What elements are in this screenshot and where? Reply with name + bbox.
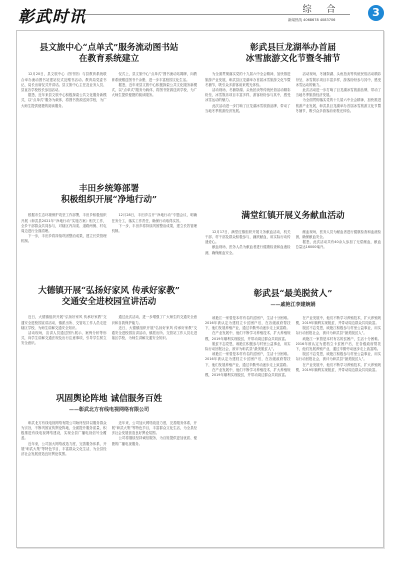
headline: 彰武县巨龙湖举办首届 冰雪旅游文化节暨冬捕节 bbox=[205, 43, 381, 64]
article-body: 彰武北方有线电视网络有限公司始终坚持以服务群众为宗旨，不断巩固宣传舆论阵地，全面… bbox=[21, 421, 197, 533]
paragraph: 近日，大德镇组织开展“弘扬好家风 传承好家教”交通安全进校园宣讲活动，镇派出所、… bbox=[21, 315, 107, 331]
body-column: 12月28日，丰田乡召开“净地行动”专题会议，明确任务分工，落实工作责任，确保行… bbox=[112, 213, 198, 275]
paragraph: 在产业发展中，他们不断学习养殖技术，扩大养殖规模，2019年顺利实现脱贫，并带动… bbox=[205, 331, 291, 341]
paragraph: 在产业发展中，他们不断学习养殖技术，扩大养殖规模，2019年顺利实现脱贫，并带动… bbox=[296, 363, 382, 373]
paragraph: 仪式上，县文旅中心“点单式”图书流动站揭牌，向教育系统赠送图书千余册，进一步丰富… bbox=[112, 72, 198, 82]
paragraph: 12月17日，满堂红镇组织开展义务献血活动，机关干部、村干部及群众积极参与，踊跃… bbox=[205, 230, 291, 246]
article-poverty-relief[interactable]: 彰武县“最美脱贫人” ——戚艳江李建婉娟 戚艳江一家曾是本村有名的贫困户，生活十… bbox=[205, 289, 381, 544]
paragraph: 通过此次活动，进一步增强了广大师生的交通安全意识和自我保护能力。 bbox=[112, 315, 198, 325]
article-body: 戚艳江一家曾是本村有名的贫困户，生活十分困难。2016年被认定为建档立卡贫困户后… bbox=[205, 316, 381, 541]
headline: 彰武县“最美脱贫人” bbox=[205, 289, 381, 300]
headline-line: 冰雪旅游文化节暨冬捕节 bbox=[205, 54, 381, 65]
body-column: 仪式上，县文旅中心“点单式”图书流动站揭牌，向教育系统赠送图书千余册，进一步丰富… bbox=[112, 72, 198, 146]
headline-line: 大德镇开展“弘扬好家风 传承好家教” bbox=[21, 286, 197, 297]
headline-line: 在教育系统建立 bbox=[21, 54, 197, 65]
article-library-station[interactable]: 县文旅中心“点单式”服务流动图书站 在教育系统建立 12月20日，县文旅中心（图… bbox=[21, 43, 197, 151]
paragraph: 近年来，公司加大网络改造力度，完善服务体系，开展“彰武大集”等特色节目，丰富群众… bbox=[21, 442, 107, 458]
body-column: 12月17日，满堂红镇组织开展义务献血活动，机关干部、村干部及群众积极参与，踊跃… bbox=[205, 230, 291, 276]
article-family-traffic[interactable]: 大德镇开展“弘扬好家风 传承好家教” 交通安全进校园宣讲活动 近日，大德镇组织开… bbox=[21, 286, 197, 381]
article-julong-lake[interactable]: 彰武县巨龙湖举办首届 冰雪旅游文化节暨冬捕节 为全面贯彻落实党的十九届六中全会精… bbox=[205, 43, 381, 203]
paragraph: 献血现场，医务人员为献血者进行健康检查和血液检测，确保献血安全。 bbox=[296, 230, 382, 240]
body-column: 活动现场，冬捕祭湖、头鱼拍卖等传统民俗活动精彩纷呈，冰雪娱乐项目丰富多样，游客纷… bbox=[296, 72, 382, 202]
paragraph: 12月20日，县文旅中心（图书馆）与县教育系统联合举办流动图书站建站仪式及赠书活… bbox=[21, 72, 107, 93]
headline: 巩固舆论阵地 诚信服务百姓 bbox=[21, 394, 197, 405]
hotline-info: 新闻热线 4068678 4083706 bbox=[288, 18, 335, 23]
body-column: 在产业发展中，他们不断学习养殖技术，扩大养殖规模，2019年顺利实现脱贫，并带动… bbox=[296, 316, 382, 541]
paragraph: 彰武北方有线电视网络有限公司始终坚持以服务群众为宗旨，不断巩固宣传舆论阵地，全面… bbox=[21, 421, 107, 442]
paragraph: 脱贫不忘党恩，戚艳江积极参与村里公益事业，用实际行动回报社会，被评为彰武县“最美… bbox=[205, 342, 291, 352]
paragraph: 活动现场，冬捕祭湖、头鱼拍卖等传统民俗活动精彩纷呈，冰雪娱乐项目丰富多样，游客纷… bbox=[205, 88, 291, 104]
paragraph: 公司将继续坚持诚信服务，为百姓提供更加优质、便捷的广播电视服务。 bbox=[112, 436, 198, 446]
paragraph: 下一步，丰田乡将持续巩固整治成果，建立长效管理机制。 bbox=[21, 234, 107, 244]
paragraph: 据悉，近年来县文旅中心积极探索公共文化服务新模式，以“点单式”服务为载体，将图书… bbox=[112, 83, 198, 99]
headline: 大德镇开展“弘扬好家风 传承好家教” 交通安全进校园宣讲活动 bbox=[21, 286, 197, 307]
headline-line: 县文旅中心“点单式”服务流动图书站 bbox=[21, 43, 197, 54]
paragraph: 为全面贯彻落实党的十九届六中全会精神，加快推进旅游产业发展，彰武县巨龙湖举办首届… bbox=[296, 98, 382, 114]
paragraph: 12月28日，丰田乡召开“净地行动”专题会议，明确任务分工，落实工作责任，确保行… bbox=[112, 213, 198, 223]
article-jingdi-action[interactable]: 丰田乡统筹部署 积极组织开展“净地行动” 根据市生态环境保护攻坚工作部署，丰田乡… bbox=[21, 184, 197, 274]
paragraph: 在产业发展中，他们不断学习养殖技术，扩大养殖规模，2019年顺利实现脱贫，并带动… bbox=[296, 316, 382, 326]
paragraph: 据悉，近年来县文旅中心积极探索公共文化服务新模式，以“点单式”服务为载体，将图书… bbox=[21, 93, 107, 109]
subheadline: ——戚艳江李建婉娟 bbox=[205, 301, 381, 308]
body-column: 为全面贯彻落实党的十九届六中全会精神，加快推进旅游产业发展，彰武县巨龙湖举办首届… bbox=[205, 72, 291, 202]
headline-line: 彰武县“最美脱贫人” bbox=[205, 289, 381, 300]
paragraph: 活动现场，冬捕祭湖、头鱼拍卖等传统民俗活动精彩纷呈，冰雪娱乐项目丰富多样，游客纷… bbox=[296, 72, 382, 88]
masthead: 彰武时讯 综 合 新闻热线 4068678 4083706 3 bbox=[0, 0, 400, 30]
paragraph: 此次活动进一步打响了巨龙湖冰雪旅游品牌，带动了当地冬季旅游经济发展。 bbox=[296, 88, 382, 98]
paragraph: 为全面贯彻落实党的十九届六中全会精神，加快推进旅游产业发展，彰武县巨龙湖举办首届… bbox=[205, 72, 291, 88]
paragraph: 近日，大德镇组织开展“弘扬好家风 传承好家教”交通安全进校园宣讲活动，镇派出所、… bbox=[112, 326, 198, 342]
body-column: 近年来，公司加大网络改造力度，完善服务体系，开展“彰武大集”等特色节目，丰富群众… bbox=[112, 421, 198, 533]
headline-line: 彰武县巨龙湖举办首届 bbox=[205, 43, 381, 54]
body-column: 近日，大德镇组织开展“弘扬好家风 传承好家教”交通安全进校园宣讲活动，镇派出所、… bbox=[21, 315, 107, 377]
paragraph: 近年来，公司加大网络改造力度，完善服务体系，开展“彰武大集”等特色节目，丰富群众… bbox=[112, 421, 198, 437]
paragraph: 脱贫不忘党恩，戚艳江积极参与村里公益事业，用实际行动回报社会，被评为彰武县“最美… bbox=[296, 352, 382, 362]
headline: 丰田乡统筹部署 积极组织开展“净地行动” bbox=[21, 184, 197, 205]
paragraph: 据悉，此次活动共有40余人参加了无偿献血，献血总量达16000毫升。 bbox=[296, 240, 382, 250]
body-column: 彰武北方有线电视网络有限公司始终坚持以服务群众为宗旨，不断巩固宣传舆论阵地，全面… bbox=[21, 421, 107, 533]
paragraph: 下一步，丰田乡将持续巩固整治成果，建立长效管理机制。 bbox=[112, 224, 198, 234]
headline-line: 积极组织开展“净地行动” bbox=[21, 195, 197, 206]
paragraph: 献血现场，医务人员为献血者进行健康检查和血液检测，确保献血安全。 bbox=[205, 245, 291, 255]
section-title: 综 合 bbox=[282, 2, 362, 14]
body-column: 通过此次活动，进一步增强了广大师生的交通安全意识和自我保护能力。 近日，大德镇组… bbox=[112, 315, 198, 377]
article-body: 为全面贯彻落实党的十九届六中全会精神，加快推进旅游产业发展，彰武县巨龙湖举办首届… bbox=[205, 72, 381, 202]
headline: 县文旅中心“点单式”服务流动图书站 在教育系统建立 bbox=[21, 43, 197, 64]
body-column: 12月20日，县文旅中心（图书馆）与县教育系统联合举办流动图书站建站仪式及赠书活… bbox=[21, 72, 107, 146]
headline: 满堂红镇开展义务献血活动 bbox=[205, 211, 381, 222]
paragraph: 在产业发展中，他们不断学习养殖技术，扩大养殖规模，2019年顺利实现脱贫，并带动… bbox=[205, 368, 291, 378]
article-north-cable[interactable]: 巩固舆论阵地 诚信服务百姓 ——彰武北方有线电视网络有限公司 彰武北方有线电视网… bbox=[21, 394, 197, 544]
subheadline: ——彰武北方有线电视网络有限公司 bbox=[21, 406, 197, 413]
paragraph: 脱贫不忘党恩，戚艳江积极参与村里公益事业，用实际行动回报社会，被评为彰武县“最美… bbox=[296, 326, 382, 336]
page-frame: 县文旅中心“点单式”服务流动图书站 在教育系统建立 12月20日，县文旅中心（图… bbox=[16, 30, 384, 548]
article-body: 近日，大德镇组织开展“弘扬好家风 传承好家教”交通安全进校园宣讲活动，镇派出所、… bbox=[21, 315, 197, 377]
headline-line: 满堂红镇开展义务献血活动 bbox=[205, 211, 381, 222]
paragraph: 根据市生态环境保护攻坚工作部署，丰田乡积极组织开展《彰武县2021年“净地行动”… bbox=[21, 213, 107, 234]
article-blood-donation[interactable]: 满堂红镇开展义务献血活动 12月17日，满堂红镇组织开展义务献血活动，机关干部、… bbox=[205, 211, 381, 279]
headline-line: 丰田乡统筹部署 bbox=[21, 184, 197, 195]
page-number-badge: 3 bbox=[368, 5, 384, 21]
paragraph: 戚艳江一家曾是本村有名的贫困户，生活十分困难。2016年被认定为建档立卡贫困户后… bbox=[205, 352, 291, 368]
paragraph: 此次活动进一步打响了巨龙湖冰雪旅游品牌，带动了当地冬季旅游经济发展。 bbox=[205, 104, 291, 114]
newspaper-logo: 彰武时讯 bbox=[18, 4, 86, 27]
body-column: 根据市生态环境保护攻坚工作部署，丰田乡积极组织开展《彰武县2021年“净地行动”… bbox=[21, 213, 107, 275]
paragraph: 活动现场，宣讲人员通过图片展示、案例分析等形式，向学生讲解交通法规及出行注意事项… bbox=[21, 331, 107, 347]
body-column: 戚艳江一家曾是本村有名的贫困户，生活十分困难。2016年被认定为建档立卡贫困户后… bbox=[205, 316, 291, 541]
paragraph: 戚艳江一家曾是本村有名的贫困户，生活十分困难。2016年被认定为建档立卡贫困户后… bbox=[205, 316, 291, 332]
body-column: 献血现场，医务人员为献血者进行健康检查和血液检测，确保献血安全。 据悉，此次活动… bbox=[296, 230, 382, 276]
headline-line: 巩固舆论阵地 诚信服务百姓 bbox=[21, 394, 197, 405]
headline-line: 交通安全进校园宣讲活动 bbox=[21, 297, 197, 308]
article-body: 根据市生态环境保护攻坚工作部署，丰田乡积极组织开展《彰武县2021年“净地行动”… bbox=[21, 213, 197, 275]
article-body: 12月20日，县文旅中心（图书馆）与县教育系统联合举办流动图书站建站仪式及赠书活… bbox=[21, 72, 197, 146]
article-body: 12月17日，满堂红镇组织开展义务献血活动，机关干部、村干部及群众积极参与，踊跃… bbox=[205, 230, 381, 276]
paragraph: 戚艳江一家曾是本村有名的贫困户，生活十分困难。2016年被认定为建档立卡贫困户后… bbox=[296, 337, 382, 353]
